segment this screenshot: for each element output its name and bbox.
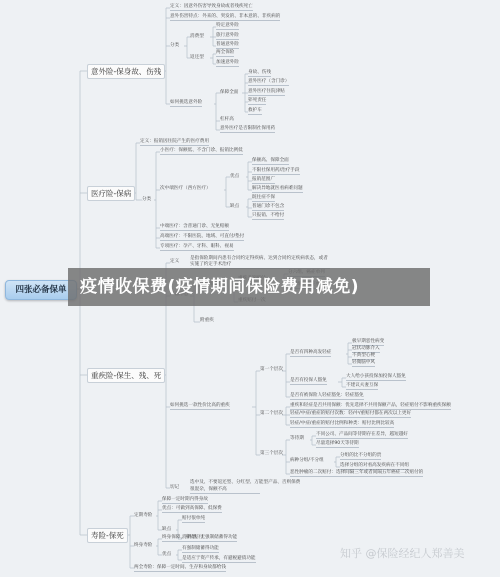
medical-pros-0: 保额高、保障全面 — [252, 158, 289, 165]
branch-critical-illness-insurance[interactable]: 重疾险-保生、残、死 — [87, 368, 165, 383]
medical-cons-1: 普通门诊不包含 — [252, 204, 284, 211]
medical-small: 小医疗：保额低、不含门诊、报销比例低 — [160, 148, 243, 155]
accident-coverage: 保障全面 — [220, 90, 238, 96]
critical-wait-1: 尽量选择90天等待期 — [316, 441, 359, 448]
critical-group-0: 分组的比不分组的贵 — [340, 453, 381, 460]
critical-insured-waiver: 是否有被保险人轻症豁免：轻症豁免 — [290, 393, 364, 400]
critical-cancer: 恶性肿瘤的二次赔付：选择间隔三年或者间隔五年癌症二次赔付的 — [290, 470, 423, 477]
accident-consume-0: 特定意外险 — [216, 23, 239, 30]
accident-coverage-3: 猝死责任 — [248, 98, 266, 105]
accident-consume-2: 普通意外险 — [216, 42, 239, 49]
life-term-cons-0: 赔付很单纯 — [182, 516, 205, 523]
critical-waiver: 是否有投保人豁免 — [290, 378, 327, 385]
medical-pros: 优点 — [230, 174, 239, 180]
life-term-cons: 缺点 — [162, 527, 171, 533]
accident-consume-type: 消费型 — [190, 34, 204, 40]
accident-consume-1: 旅行意外险 — [216, 33, 239, 40]
medical-cons-2: 只报销、不给付 — [252, 213, 284, 220]
critical-waiver-1: 不建议夫妻互保 — [346, 383, 378, 390]
medical-pros-2: 报销范围广 — [252, 177, 275, 184]
life-whole-pros: 优点 — [162, 552, 171, 558]
critical-wait: 等待期 — [290, 436, 304, 442]
critical-mild: 是否有四种高发轻症 — [290, 350, 331, 357]
critical-mild-1: 冠状动脉介入 — [352, 346, 380, 353]
accident-coverage-4: 救护车 — [248, 108, 262, 115]
accident-return-1: 加速意外险 — [216, 60, 239, 67]
critical-group: 病种分组/不分组 — [290, 458, 324, 464]
branch-life-insurance[interactable]: 寿险-保死 — [87, 528, 128, 543]
medical-special: 专项医疗：孕产、牙科、眼科、视易 — [160, 244, 234, 251]
critical-group-1: 选择分组的对看高发疾病在不同组 — [340, 463, 409, 470]
critical-choose: 如何挑选一款性价比高的重疾 — [170, 403, 230, 410]
accident-coverage-1: 意外医疗（含门诊） — [248, 79, 289, 86]
life-term: 定期寿险 — [134, 513, 152, 519]
life-endowment: 两全寿险：保障一定时间、生存和身故都给钱 — [134, 565, 226, 572]
accident-return-0: 两全保险 — [216, 50, 234, 57]
medical-classify: 分类 — [142, 197, 151, 203]
medical-pros-1: 不限社保用药/治疗手段 — [252, 168, 300, 175]
critical-mild-2: 不典型心梗 — [352, 353, 375, 360]
life-term-def: 保障一定时期内得身故 — [162, 497, 208, 504]
life-whole-pros-0: 有强制储蓄得功能 — [182, 546, 219, 553]
critical-level2-0: 重疾和轻症是否共用保额：优先选择不共用保额产品，轻症赔付不影响重疾保额 — [290, 403, 451, 410]
critical-level3: 第三个层次 — [260, 451, 283, 457]
accident-coverage-0: 身故、伤残 — [248, 70, 271, 77]
medical-cons: 缺点 — [230, 204, 239, 210]
critical-level2-2: 轻症/中症/重症的赔付比例和种类：赔付比例比较高 — [290, 421, 394, 428]
accident-definition: 定义：因意外伤害导致身故或者残疾死亡 — [170, 4, 253, 11]
medical-mid: 中端医疗：含普通门诊、无免赔额 — [160, 224, 229, 231]
life-whole-def: 终身保障、身故赔付 — [162, 535, 203, 542]
critical-level1: 第一个层次 — [260, 367, 283, 373]
medical-pros-3: 解决异地就医看病难问题 — [252, 186, 303, 193]
critical-level2-1: 轻症/中症/重症的赔付次数：轻/中/重赔付都在两次以上更好 — [290, 411, 411, 418]
root-node[interactable]: 四张必备保单 — [5, 280, 77, 300]
accident-traits: 意外伤害特点：外来的、突发的、非本意的、非疾病的 — [170, 14, 280, 21]
accident-classify: 分类 — [170, 43, 179, 49]
medical-western: 次中端医疗（西方医疗） — [160, 186, 211, 192]
life-term-pros: 优点：可做到高保障、低保费 — [162, 506, 222, 513]
life-whole: 终身寿险 — [134, 543, 152, 549]
accident-leverage: 杠杆高 — [220, 117, 234, 123]
critical-mild-0: 极早期恶性病变 — [352, 339, 384, 346]
branch-accident-insurance[interactable]: 意外险-保身故、伤残 — [87, 64, 165, 79]
accident-choose: 如何挑选意外险 — [170, 100, 202, 107]
accident-return-type: 返还型 — [190, 55, 204, 61]
critical-waiver-0: 大人给小孩投保加投保人豁免 — [346, 374, 406, 381]
critical-wait-0: 不同公司、产品间等待期存在差异，越短越好 — [316, 432, 408, 439]
watermark: 知乎 @保险经纪人郑善美 — [340, 545, 465, 561]
banner-title: 疫情收保费(疫情期间保险费用减免) — [80, 268, 359, 306]
critical-rider: 附重疾 — [200, 318, 214, 324]
critical-definition-key: 定义 — [170, 259, 179, 265]
critical-avoid-0: 选中及、不要返还型、分红型、万能型产品、否则保费 — [190, 480, 300, 486]
critical-level2: 第二个层次 — [260, 411, 283, 417]
medical-definition: 定义：报销因住院产生的医疗费用 — [140, 139, 209, 146]
life-whole-pros-1: 是适应于资产传承，有避税避债功能 — [182, 556, 256, 563]
accident-coverage-2: 意外医疗住院津贴 — [248, 89, 285, 96]
medical-high: 高端医疗：不限医院、地域、可直付/垫付 — [160, 234, 244, 241]
critical-mild-3: 轻微脑中风 — [352, 360, 375, 367]
accident-social: 意外医疗是否限制社保用药 — [220, 126, 275, 133]
critical-avoid-key: 切记 — [170, 485, 179, 491]
medical-cons-0: 既往症不保 — [252, 195, 275, 202]
critical-avoid-1: 很混杂，保额不高 — [190, 487, 260, 494]
branch-medical-insurance[interactable]: 医疗险-保病 — [87, 186, 135, 201]
